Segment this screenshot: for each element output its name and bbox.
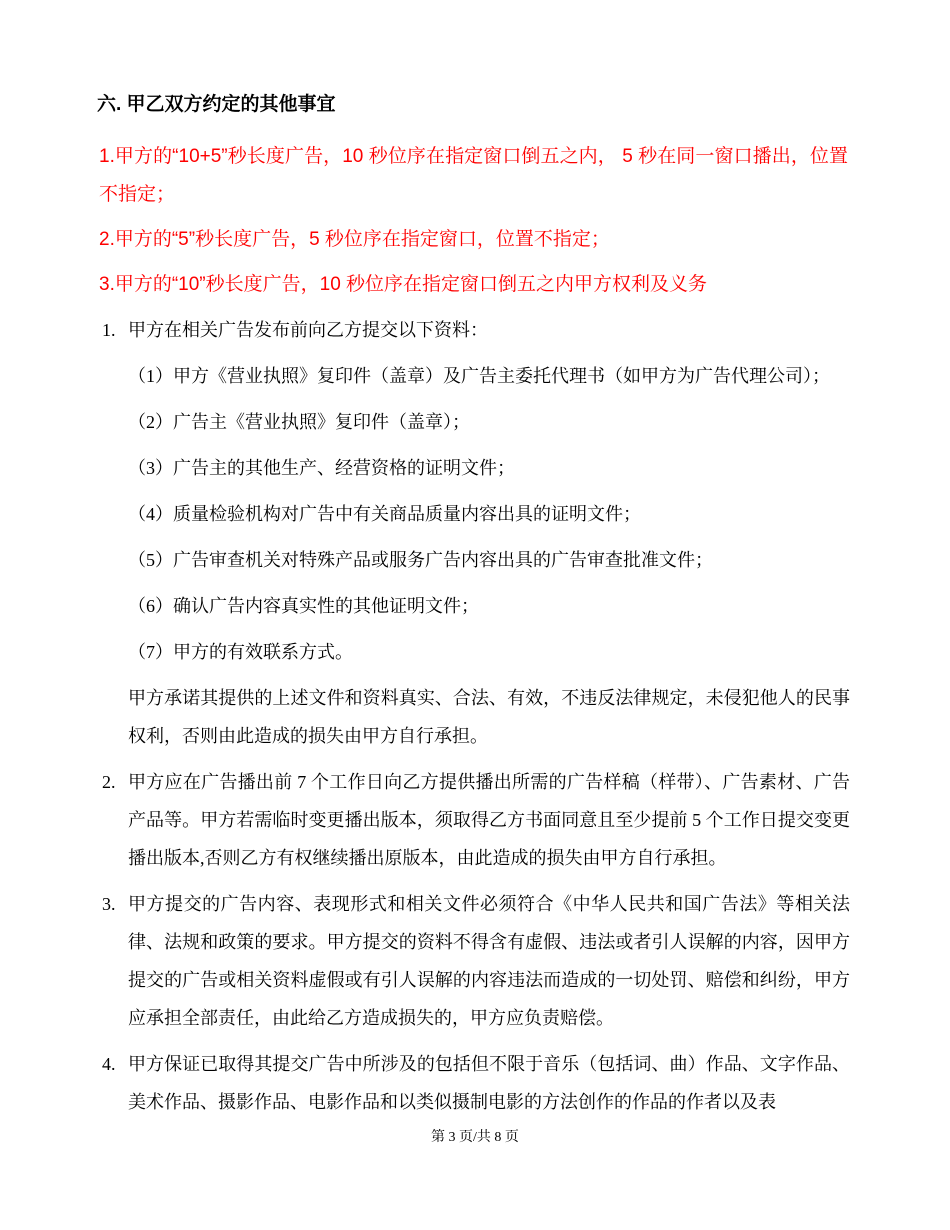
red-clause-2: 2.甲方的“5”秒长度广告，5 秒位序在指定窗口，位置不指定； xyxy=(99,221,848,259)
numbered-item-text: 甲方提交的广告内容、表现形式和相关文件必须符合《中华人民共和国广告法》等相关法律… xyxy=(128,894,850,1028)
sub-item-2: （2）广告主《营业执照》复印件（盖章）； xyxy=(128,403,850,441)
red-clause-1: 1.甲方的“10+5”秒长度广告，10 秒位序在指定窗口倒五之内， 5 秒在同一… xyxy=(99,138,848,214)
list-number: 4. xyxy=(102,1045,116,1083)
numbered-item-2: 2. 甲方应在广告播出前 7 个工作日向乙方提供播出所需的广告样稿（样带）、广告… xyxy=(128,763,850,877)
list-number: 2. xyxy=(102,763,116,801)
numbered-item-1: 1. 甲方在相关广告发布前向乙方提交以下资料： xyxy=(128,311,850,349)
numbered-item-text: 甲方应在广告播出前 7 个工作日向乙方提供播出所需的广告样稿（样带）、广告素材、… xyxy=(128,772,850,868)
page-number-indicator: 第 3 页/共 8 页 xyxy=(0,1128,950,1148)
red-clause-3: 3.甲方的“10”秒长度广告，10 秒位序在指定窗口倒五之内甲方权利及义务 xyxy=(99,266,848,304)
sub-item-6: （6）确认广告内容真实性的其他证明文件； xyxy=(128,587,850,625)
sub-item-3: （3）广告主的其他生产、经营资格的证明文件； xyxy=(128,449,850,487)
sub-item-7: （7）甲方的有效联系方式。 xyxy=(128,633,850,671)
numbered-item-text: 甲方保证已取得其提交广告中所涉及的包括但不限于音乐（包括词、曲）作品、文字作品、… xyxy=(128,1054,850,1112)
numbered-item-4: 4. 甲方保证已取得其提交广告中所涉及的包括但不限于音乐（包括词、曲）作品、文字… xyxy=(128,1045,850,1121)
section-heading: 六. 甲乙双方约定的其他事宜 xyxy=(97,86,950,124)
numbered-item-text: 甲方在相关广告发布前向乙方提交以下资料： xyxy=(128,320,488,340)
commitment-paragraph: 甲方承诺其提供的上述文件和资料真实、合法、有效，不违反法律规定，未侵犯他人的民事… xyxy=(128,679,850,755)
numbered-item-3: 3. 甲方提交的广告内容、表现形式和相关文件必须符合《中华人民共和国广告法》等相… xyxy=(128,885,850,1037)
sub-item-1: （1）甲方《营业执照》复印件（盖章）及广告主委托代理书（如甲方为广告代理公司）； xyxy=(128,357,850,395)
contract-page: 六. 甲乙双方约定的其他事宜 1.甲方的“10+5”秒长度广告，10 秒位序在指… xyxy=(0,0,950,1121)
list-number: 3. xyxy=(102,885,116,923)
sub-item-4: （4）质量检验机构对广告中有关商品质量内容出具的证明文件； xyxy=(128,495,850,533)
list-number: 1. xyxy=(102,311,116,349)
sub-item-5: （5）广告审查机关对特殊产品或服务广告内容出具的广告审查批准文件； xyxy=(128,541,850,579)
